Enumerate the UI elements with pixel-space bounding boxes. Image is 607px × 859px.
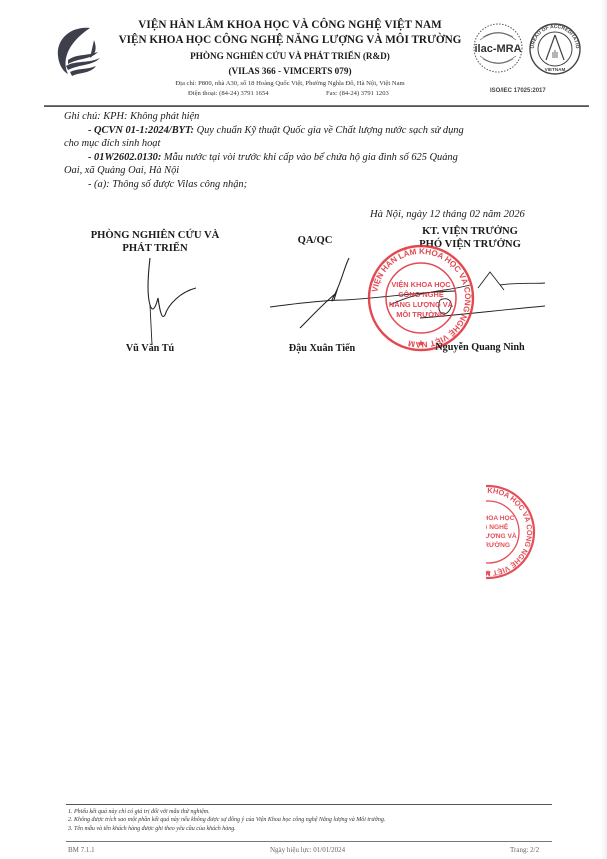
issue-date: Hà Nội, ngày 12 tháng 02 năm 2026 [370, 209, 525, 220]
note-sample-cont: Oai, xã Quảng Oai, Hà Nội [64, 164, 584, 178]
footer-divider-bottom [66, 841, 552, 842]
note-sample: - 01W2602.0130: Mẫu nước tại vòi trước k… [64, 151, 584, 165]
svg-text:VIỆN KHOA HỌC: VIỆN KHOA HỌC [486, 513, 515, 522]
wave-logo-icon [50, 22, 108, 80]
svg-text:★: ★ [486, 569, 492, 577]
svg-text:MÔI TRƯỜNG: MÔI TRƯỜNG [396, 310, 446, 319]
accreditation-codes: (VILAS 366 - VIMCERTS 079) [110, 66, 470, 76]
institute-logo [50, 22, 108, 80]
footer-note-1: 1. Phiếu kết quả này chỉ có giá trị đối … [68, 808, 385, 816]
department-name: PHÒNG NGHIÊN CỨU VÀ PHÁT TRIỂN (R&D) [110, 51, 470, 61]
signatory-name-vu-van-tu: Vũ Văn Tú [110, 343, 190, 354]
signatory-name-dau-xuan-tien: Đậu Xuân Tiến [272, 343, 372, 354]
fax: Fax: (84-24) 3791 1203 [326, 90, 389, 97]
signatory-title: PHÒNG NGHIÊN CỨU VÀ [80, 229, 230, 242]
header-divider [44, 105, 589, 107]
svg-text:CÔNG NGHỆ: CÔNG NGHỆ [486, 522, 509, 531]
page-number: Trang: 2/2 [510, 846, 539, 854]
ilac-mra-icon: ilac-MRA [472, 22, 524, 74]
institute-seal: VIỆN HÀN LÂM KHOA HỌC VÀ CÔNG NGHỆ VIỆT … [366, 243, 476, 353]
ilac-mra-logo: ilac-MRA [472, 22, 524, 74]
form-code: BM 7.1.1 [68, 846, 95, 854]
scan-edge [601, 0, 607, 859]
address: Địa chỉ: P800, nhà A30, số 18 Hoàng Quốc… [110, 80, 470, 87]
effective-date: Ngày hiệu lực: 01/01/2024 [270, 846, 345, 854]
notes-section: Ghi chú: KPH: Không phát hiện - QCVN 01-… [64, 110, 584, 192]
svg-text:ilac-MRA: ilac-MRA [474, 43, 521, 55]
svg-text:BUREAU OF ACCREDITATION: BUREAU OF ACCREDITATION [528, 22, 580, 49]
footer-note-2: 2. Không được trích sao một phần kết quả… [68, 816, 385, 824]
svg-text:VIỆN HÀN LÂM KHOA HỌC VÀ CÔNG: VIỆN HÀN LÂM KHOA HỌC VÀ CÔNG NGHỆ VIỆT … [486, 486, 534, 578]
note-kph: Ghi chú: KPH: Không phát hiện [64, 110, 584, 124]
signatory-title: KT. VIỆN TRƯỞNG [395, 225, 545, 238]
footer-notes: 1. Phiếu kết quả này chỉ có giá trị đối … [68, 808, 385, 833]
footer-note-3: 3. Tên mẫu và tên khách hàng được ghi th… [68, 825, 385, 833]
svg-text:CÔNG NGHỆ: CÔNG NGHỆ [398, 290, 444, 299]
svg-text:VIỆN KHOA HỌC: VIỆN KHOA HỌC [391, 280, 451, 289]
svg-text:NĂNG LƯỢNG VÀ: NĂNG LƯỢNG VÀ [389, 300, 454, 309]
partial-red-seal-icon: VIỆN HÀN LÂM KHOA HỌC VÀ CÔNG NGHỆ VIỆT … [486, 482, 586, 582]
institute-name: VIỆN KHOA HỌC CÔNG NGHỆ NĂNG LƯỢNG VÀ MÔ… [110, 34, 470, 46]
svg-text:VIETNAM: VIETNAM [545, 67, 566, 72]
note-vilas: - (a): Thông số được Vilas công nhận; [64, 178, 584, 192]
signature-vu-van-tu-icon [148, 258, 196, 316]
signatory-title: QA/QC [270, 234, 360, 247]
iso-standard: ISO/IEC 17025:2017 [490, 88, 546, 94]
signature-block-qaqc: QA/QC [270, 234, 360, 247]
boa-accreditation-icon: BUREAU OF ACCREDITATION VIETNAM [528, 22, 582, 76]
footer-divider [66, 804, 552, 805]
phone: Điện thoại: (84-24) 3791 1654 [188, 90, 269, 97]
boa-vietnam-logo: BUREAU OF ACCREDITATION VIETNAM [528, 22, 582, 76]
note-qcvn: - QCVN 01-1:2024/BYT: Quy chuẩn Kỹ thuật… [64, 124, 584, 138]
signatory-name-nguyen-quang-ninh: Nguyễn Quang Ninh [420, 342, 540, 353]
partial-edge-seal: VIỆN HÀN LÂM KHOA HỌC VÀ CÔNG NGHỆ VIỆT … [486, 482, 586, 582]
svg-text:NĂNG LƯỢNG VÀ: NĂNG LƯỢNG VÀ [486, 531, 517, 540]
academy-name: VIỆN HÀN LÂM KHOA HỌC VÀ CÔNG NGHỆ VIỆT … [110, 19, 470, 31]
red-seal-icon: VIỆN HÀN LÂM KHOA HỌC VÀ CÔNG NGHỆ VIỆT … [366, 243, 476, 353]
svg-text:MÔI TRƯỜNG: MÔI TRƯỜNG [486, 540, 510, 549]
note-qcvn-cont: cho mục đích sinh hoạt [64, 137, 584, 151]
signature-dau-xuan-tien-icon [300, 258, 349, 328]
